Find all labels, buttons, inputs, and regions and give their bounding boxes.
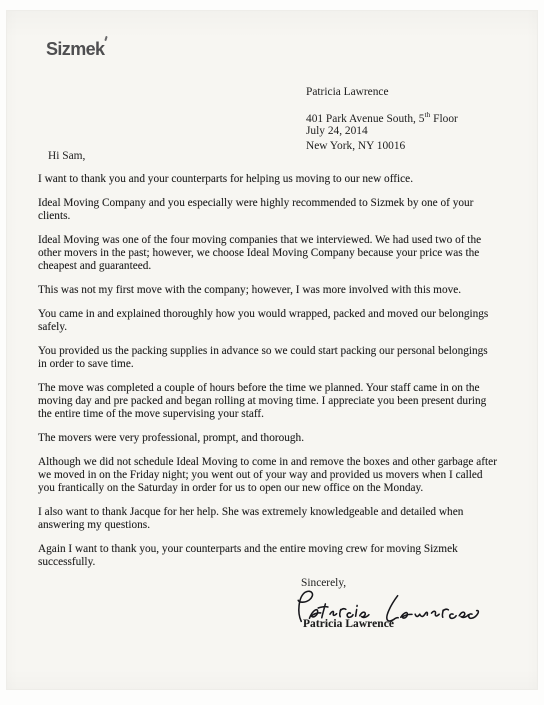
paragraph: This was not my first move with the comp… — [38, 284, 516, 297]
logo-tick-icon — [105, 36, 108, 41]
paragraph: You provided us the packing supplies in … — [38, 345, 516, 371]
paragraph: Ideal Moving was one of the four moving … — [38, 234, 516, 273]
paragraph: Ideal Moving Company and you especially … — [38, 197, 516, 223]
signature-last-name-stroke — [387, 596, 479, 621]
scanned-letter: Sizmek Patricia Lawrence 401 Park Avenue… — [0, 0, 544, 705]
paragraph: I also want to thank Jacque for her help… — [38, 506, 516, 532]
recipient-name: Patricia Lawrence — [306, 86, 458, 100]
address1-pre: 401 Park Avenue South, 5 — [306, 113, 424, 125]
sizmek-logo: Sizmek — [46, 39, 104, 60]
paragraph: The movers were very professional, promp… — [38, 432, 516, 445]
letter-page: Sizmek Patricia Lawrence 401 Park Avenue… — [6, 10, 538, 690]
letter-body: I want to thank you and your counterpart… — [38, 173, 516, 580]
paragraph: I want to thank you and your counterpart… — [38, 173, 516, 186]
recipient-address-line1: 401 Park Avenue South, 5th Floor — [306, 113, 458, 127]
salutation: Hi Sam, — [48, 150, 85, 162]
paragraph: The move was completed a couple of hours… — [38, 382, 516, 421]
paragraph: You came in and explained thoroughly how… — [38, 308, 516, 334]
sizmek-logo-text: Sizmek — [46, 39, 104, 59]
paragraph: Although we did not schedule Ideal Movin… — [38, 456, 516, 495]
recipient-address-line2: New York, NY 10016 — [306, 140, 458, 154]
typed-signature-name: Patricia Lawrence — [303, 618, 394, 630]
signature-first-name-stroke — [298, 591, 369, 621]
paragraph: Again I want to thank you, your counterp… — [38, 543, 516, 569]
address1-post: Floor — [430, 113, 458, 125]
letter-date: July 24, 2014 — [306, 125, 368, 137]
recipient-address-block: Patricia Lawrence 401 Park Avenue South,… — [306, 72, 458, 167]
